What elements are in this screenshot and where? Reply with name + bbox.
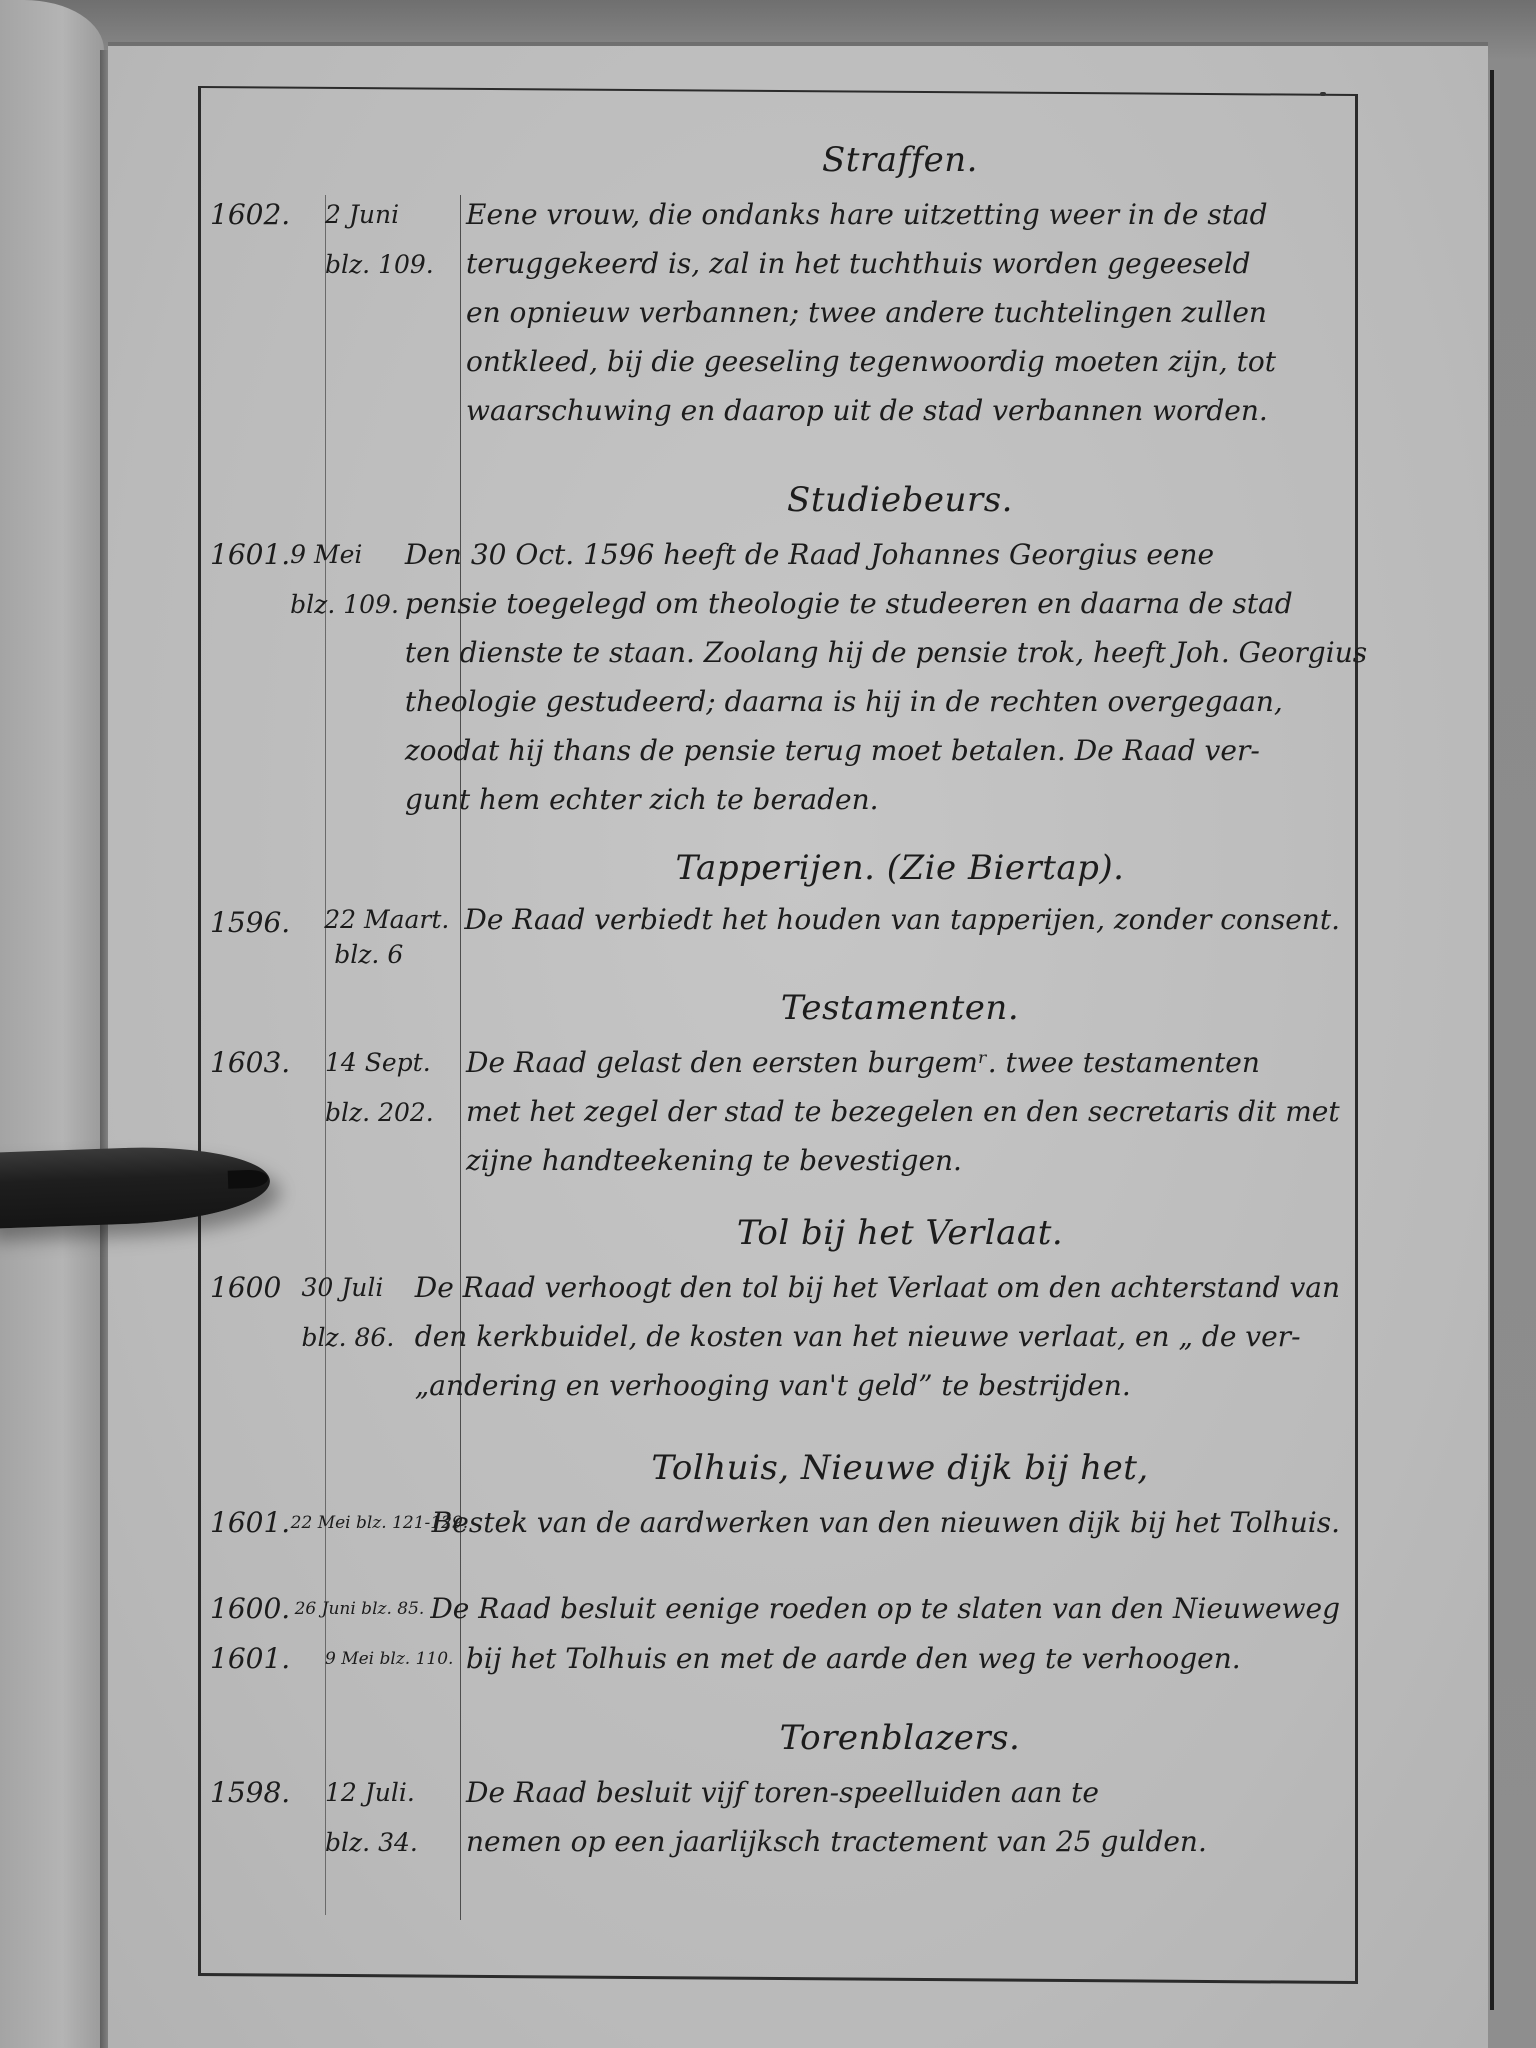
entry-line: gunt hem echter zich te beraden. (405, 775, 1367, 824)
entry-line: en opnieuw verbannen; twee andere tuchte… (466, 288, 1340, 337)
section-heading: Torenblazers. (460, 1708, 1340, 1768)
ledger-entry: 1601. 9 Mei blz. 110. bij het Tolhuis en… (210, 1634, 1340, 1684)
entry-page: blz. 109. (325, 240, 460, 290)
entry-line: den kerkbuidel, de kosten van het nieuwe… (415, 1312, 1340, 1361)
ink-speck (1320, 92, 1326, 96)
entry-text: De Raad verhoogt den tol bij het Verlaat… (409, 1263, 1340, 1410)
entry-year: 1602. (210, 190, 325, 240)
entry-reference: 12 Juli. blz. 34. (325, 1768, 460, 1868)
entry-page: blz. 202. (325, 1088, 460, 1138)
entry-page: blz. 86. (301, 1313, 408, 1363)
entry-year: 1600. (210, 1584, 295, 1634)
section-tol-bij-het-verlaat: Tol bij het Verlaat. 1600 30 Juli blz. 8… (210, 1203, 1340, 1438)
left-page-edge (0, 0, 104, 2048)
entry-reference: 2 Juni blz. 109. (325, 190, 460, 290)
entry-line: De Raad besluit vijf toren-speelluiden a… (466, 1768, 1340, 1817)
ledger-entry: 1596. 22 Maart. blz. 6 De Raad verbiedt … (210, 898, 1340, 968)
entry-text: bij het Tolhuis en met de aarde den weg … (460, 1634, 1340, 1683)
entry-date-page: 22 Mei blz. 121-129. (291, 1498, 426, 1548)
book-cover-edge (1490, 70, 1494, 2010)
entry-year: 1598. (210, 1768, 325, 1818)
entry-reference: 9 Mei blz. 110. (325, 1634, 460, 1684)
entry-date: 12 Juli. (325, 1768, 460, 1818)
entry-year: 1601. (210, 530, 290, 580)
entry-reference: 26 Juni blz. 85. (295, 1584, 425, 1634)
entry-line: Den 30 Oct. 1596 heeft de Raad Johannes … (405, 530, 1367, 579)
entry-text: De Raad besluit vijf toren-speelluiden a… (460, 1768, 1340, 1866)
entry-date-page: 26 Juni blz. 85. (295, 1584, 425, 1634)
entry-line: De Raad besluit eenige roeden op te slat… (430, 1584, 1340, 1633)
section-studiebeurs: Studiebeurs. 1601. 9 Mei blz. 109. Den 3… (210, 470, 1340, 838)
entry-text: De Raad gelast den eersten burgemʳ. twee… (460, 1038, 1340, 1185)
entry-line: pensie toegelegd om theologie te studeer… (405, 579, 1367, 628)
entry-reference: 22 Mei blz. 121-129. (291, 1498, 426, 1548)
entry-line: ten dienste te staan. Zoolang hij de pen… (405, 628, 1367, 677)
entry-text: De Raad besluit eenige roeden op te slat… (424, 1584, 1340, 1633)
section-heading: Studiebeurs. (460, 470, 1340, 530)
entry-line: De Raad verhoogt den tol bij het Verlaat… (415, 1263, 1340, 1312)
section-tapperijen: Tapperijen. (Zie Biertap). 1596. 22 Maar… (210, 838, 1340, 978)
entry-text: De Raad verbiedt het houden van tapperij… (458, 898, 1340, 942)
entry-line: bij het Tolhuis en met de aarde den weg … (466, 1634, 1340, 1683)
entry-year: 1596. (210, 898, 324, 948)
entry-line: teruggekeerd is, zal in het tuchthuis wo… (466, 239, 1340, 288)
entry-date: 22 Maart. (324, 898, 458, 942)
section-heading: Testamenten. (460, 978, 1340, 1038)
ledger-entry: 1600 30 Juli blz. 86. De Raad verhoogt d… (210, 1263, 1340, 1410)
ledger-entry: 1602. 2 Juni blz. 109. Eene vrouw, die o… (210, 190, 1340, 435)
entry-page: blz. 6 (324, 942, 458, 968)
entry-date: 14 Sept. (325, 1038, 460, 1088)
ledger-entry: 1603. 14 Sept. blz. 202. De Raad gelast … (210, 1038, 1340, 1185)
entry-year: 1600 (210, 1263, 301, 1313)
entry-date: 2 Juni (325, 190, 460, 240)
section-torenblazers: Torenblazers. 1598. 12 Juli. blz. 34. De… (210, 1708, 1340, 1878)
entry-year: 1603. (210, 1038, 325, 1088)
entry-line: theologie gestudeerd; daarna is hij in d… (405, 677, 1367, 726)
entry-line: De Raad gelast den eersten burgemʳ. twee… (466, 1038, 1340, 1087)
entry-line: met het zegel der stad te bezegelen en d… (466, 1087, 1340, 1136)
entry-line: Bestek van de aardwerken van den nieuwen… (432, 1498, 1340, 1547)
entry-line: De Raad verbiedt het houden van tapperij… (464, 898, 1340, 942)
entry-line: zijne handteekening te bevestigen. (466, 1136, 1340, 1185)
ledger-entry: 1598. 12 Juli. blz. 34. De Raad besluit … (210, 1768, 1340, 1868)
entry-date-page: 9 Mei blz. 110. (325, 1634, 460, 1684)
ledger-entry: 1601. 22 Mei blz. 121-129. Bestek van de… (210, 1498, 1340, 1548)
section-tolhuis: Tolhuis, Nieuwe dijk bij het, 1601. 22 M… (210, 1438, 1340, 1708)
entry-reference: 22 Maart. blz. 6 (324, 898, 458, 968)
entry-date: 9 Mei (290, 530, 399, 580)
entry-date: 30 Juli (301, 1263, 408, 1313)
ledger-content: Straffen. 1602. 2 Juni blz. 109. Eene vr… (210, 130, 1340, 1878)
ledger-entry: 1600. 26 Juni blz. 85. De Raad besluit e… (210, 1584, 1340, 1634)
entry-text: Eene vrouw, die ondanks hare uitzetting … (460, 190, 1340, 435)
entry-text: Bestek van de aardwerken van den nieuwen… (426, 1498, 1340, 1547)
entry-text: Den 30 Oct. 1596 heeft de Raad Johannes … (399, 530, 1367, 824)
entry-reference: 14 Sept. blz. 202. (325, 1038, 460, 1138)
entry-line: zoodat hij thans de pensie terug moet be… (405, 726, 1367, 775)
section-testamenten: Testamenten. 1603. 14 Sept. blz. 202. De… (210, 978, 1340, 1203)
entry-page: blz. 109. (290, 580, 399, 630)
entry-reference: 30 Juli blz. 86. (301, 1263, 408, 1363)
entry-line: ontkleed, bij die geeseling tegenwoordig… (466, 337, 1340, 386)
entry-line: „andering en verhooging van't geld” te b… (415, 1361, 1340, 1410)
section-heading: Straffen. (460, 130, 1340, 190)
entry-reference: 9 Mei blz. 109. (290, 530, 399, 630)
section-heading: Tapperijen. (Zie Biertap). (460, 838, 1340, 898)
section-heading: Tol bij het Verlaat. (460, 1203, 1340, 1263)
entry-line: waarschuwing en daarop uit de stad verba… (466, 386, 1340, 435)
entry-line: nemen op een jaarlijksch tractement van … (466, 1817, 1340, 1866)
entry-year: 1601. (210, 1634, 325, 1684)
entry-line: Eene vrouw, die ondanks hare uitzetting … (466, 190, 1340, 239)
section-heading: Tolhuis, Nieuwe dijk bij het, (460, 1438, 1340, 1498)
ledger-entry: 1601. 9 Mei blz. 109. Den 30 Oct. 1596 h… (210, 530, 1340, 824)
section-straffen: Straffen. 1602. 2 Juni blz. 109. Eene vr… (210, 130, 1340, 470)
entry-page: blz. 34. (325, 1818, 460, 1868)
entry-year: 1601. (210, 1498, 291, 1548)
